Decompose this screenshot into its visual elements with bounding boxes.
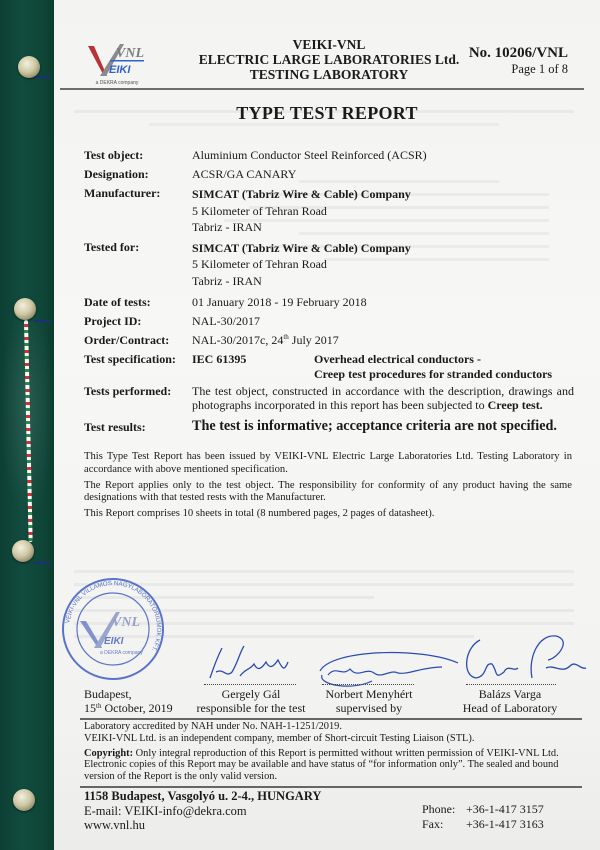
client-name: SIMCAT (Tabriz Wire & Cable) Company (192, 240, 524, 257)
email-line: E-mail: VEIKI-info@dekra.com (84, 804, 321, 819)
field-label: Date of tests: (84, 295, 192, 310)
signatory-2: Norbert Menyhért supervised by (314, 688, 424, 715)
standard-code: IEC 61395 (192, 352, 314, 382)
membership-note: VEIKI-VNL Ltd. is an independent company… (84, 733, 564, 745)
field-tested-for: Tested for: SIMCAT (Tabriz Wire & Cable)… (84, 240, 524, 290)
org-line-1: VEIKI-VNL (194, 37, 464, 52)
svg-text:EIKI: EIKI (104, 636, 124, 647)
thread-icon (34, 562, 50, 564)
field-test-object: Test object: Aluminium Conductor Steel R… (84, 148, 524, 163)
field-value: NAL-30/2017c, 24th July 2017 (192, 333, 524, 348)
rivet-icon (18, 56, 40, 78)
fax-number: +36-1-417 3163 (466, 817, 544, 831)
signatory-role: responsible for the test (196, 702, 306, 716)
thread-icon (34, 320, 50, 322)
svg-text:a DEKRA company: a DEKRA company (100, 650, 143, 656)
footer-divider (80, 786, 582, 788)
signature-gergely-gal (204, 642, 294, 684)
header-divider (60, 88, 584, 90)
report-number-block: No. 10206/VNL Page 1 of 8 (469, 45, 568, 77)
field-value: ACSR/GA CANARY (192, 167, 524, 182)
field-label: Order/Contract: (84, 333, 192, 348)
signing-place: Budapest, (84, 688, 173, 702)
field-value: The test object, constructed in accordan… (192, 384, 574, 412)
report-number: No. 10206/VNL (469, 45, 568, 62)
signing-date: 15th October, 2019 (84, 702, 173, 716)
laboratory-stamp-icon: VEIKI-VNL VILLAMOS NAGYLABORATÓRIUMOK KF… (54, 576, 172, 682)
accreditation-note: Laboratory accredited by NAH under No. N… (84, 721, 564, 733)
signature-line (204, 684, 296, 685)
manufacturer-address: 5 Kilometer of Tehran Road (192, 203, 524, 220)
field-value: NAL-30/2017 (192, 314, 524, 329)
footer-divider (80, 718, 582, 720)
report-page: VNL EIKI a DEKRA company VEIKI-VNL ELECT… (54, 0, 600, 850)
document-title: TYPE TEST REPORT (54, 103, 600, 124)
phone-line: Phone:+36-1-417 3157 (422, 802, 544, 817)
report-fields: Test object: Aluminium Conductor Steel R… (84, 148, 524, 352)
signatory-1: Gergely Gál responsible for the test (196, 688, 306, 715)
signatory-name: Gergely Gál (196, 688, 306, 702)
signatory-3: Balázs Varga Head of Laboratory (452, 688, 568, 715)
field-value: The test is informative; acceptance crit… (192, 418, 584, 435)
field-label: Tested for: (84, 240, 192, 290)
signature-balazs-varga (458, 628, 588, 686)
signature-line (466, 684, 556, 685)
signatory-name: Norbert Menyhért (314, 688, 424, 702)
field-label: Test specification: (84, 352, 192, 382)
thread-icon (34, 76, 50, 78)
field-label: Test results: (84, 418, 192, 435)
field-project-id: Project ID: NAL-30/2017 (84, 314, 524, 329)
postal-address: 1158 Budapest, Vasgolyó u. 2-4., HUNGARY (84, 789, 321, 804)
field-order-contract: Order/Contract: NAL-30/2017c, 24th July … (84, 333, 524, 348)
field-test-results: Test results: The test is informative; a… (84, 418, 584, 435)
field-date-of-tests: Date of tests: 01 January 2018 - 19 Febr… (84, 295, 524, 310)
fax-line: Fax:+36-1-417 3163 (422, 817, 544, 832)
page-indicator: Page 1 of 8 (469, 62, 568, 77)
client-city: Tabriz - IRAN (192, 273, 524, 290)
email-link[interactable]: VEIKI-info@dekra.com (124, 804, 246, 818)
signing-place-date: Budapest, 15th October, 2019 (84, 688, 173, 715)
org-line-3: TESTING LABORATORY (194, 67, 464, 82)
field-label: Tests performed: (84, 384, 192, 412)
copyright-note: Copyright: Only integral reproduction of… (84, 748, 564, 783)
signatory-role: supervised by (314, 702, 424, 716)
report-statements: This Type Test Report has been issued by… (84, 451, 572, 524)
signatory-name: Balázs Varga (452, 688, 568, 702)
field-manufacturer: Manufacturer: SIMCAT (Tabriz Wire & Cabl… (84, 186, 524, 236)
rivet-icon (12, 540, 34, 562)
signature-line (322, 684, 414, 685)
contact-phone-fax: Phone:+36-1-417 3157 Fax:+36-1-417 3163 (422, 802, 544, 831)
logo-tagline: a DEKRA company (84, 80, 150, 86)
field-label: Project ID: (84, 314, 192, 329)
standard-title: Overhead electrical conductors - Creep t… (314, 352, 552, 382)
field-value: Aluminium Conductor Steel Reinforced (AC… (192, 148, 524, 163)
phone-number: +36-1-417 3157 (466, 802, 544, 816)
rivet-icon (14, 298, 36, 320)
field-tests-performed: Tests performed: The test object, constr… (84, 384, 574, 412)
statement-issued: This Type Test Report has been issued by… (84, 451, 572, 476)
organization-name: VEIKI-VNL ELECTRIC LARGE LABORATORIES Lt… (194, 37, 464, 82)
svg-text:VNL: VNL (112, 615, 140, 630)
statement-sheets: This Report comprises 10 sheets in total… (84, 508, 572, 521)
field-label: Test object: (84, 148, 192, 163)
org-line-2: ELECTRIC LARGE LABORATORIES Ltd. (194, 52, 464, 67)
manufacturer-city: Tabriz - IRAN (192, 219, 524, 236)
statement-scope: The Report applies only to the test obje… (84, 480, 572, 505)
client-address: 5 Kilometer of Tehran Road (192, 256, 524, 273)
footer-notes: Laboratory accredited by NAH under No. N… (84, 721, 564, 783)
logo-word: EIKI (109, 64, 131, 76)
contact-address: 1158 Budapest, Vasgolyó u. 2-4., HUNGARY… (84, 789, 321, 833)
field-designation: Designation: ACSR/GA CANARY (84, 167, 524, 182)
field-label: Designation: (84, 167, 192, 182)
rivet-icon (13, 789, 35, 811)
field-label: Manufacturer: (84, 186, 192, 236)
signatory-role: Head of Laboratory (452, 702, 568, 716)
field-test-specification: Test specification: IEC 61395 Overhead e… (84, 352, 584, 382)
logo-mark: VNL (116, 46, 144, 61)
manufacturer-name: SIMCAT (Tabriz Wire & Cable) Company (192, 186, 524, 203)
field-value: 01 January 2018 - 19 February 2018 (192, 295, 524, 310)
website-link[interactable]: www.vnl.hu (84, 818, 321, 833)
